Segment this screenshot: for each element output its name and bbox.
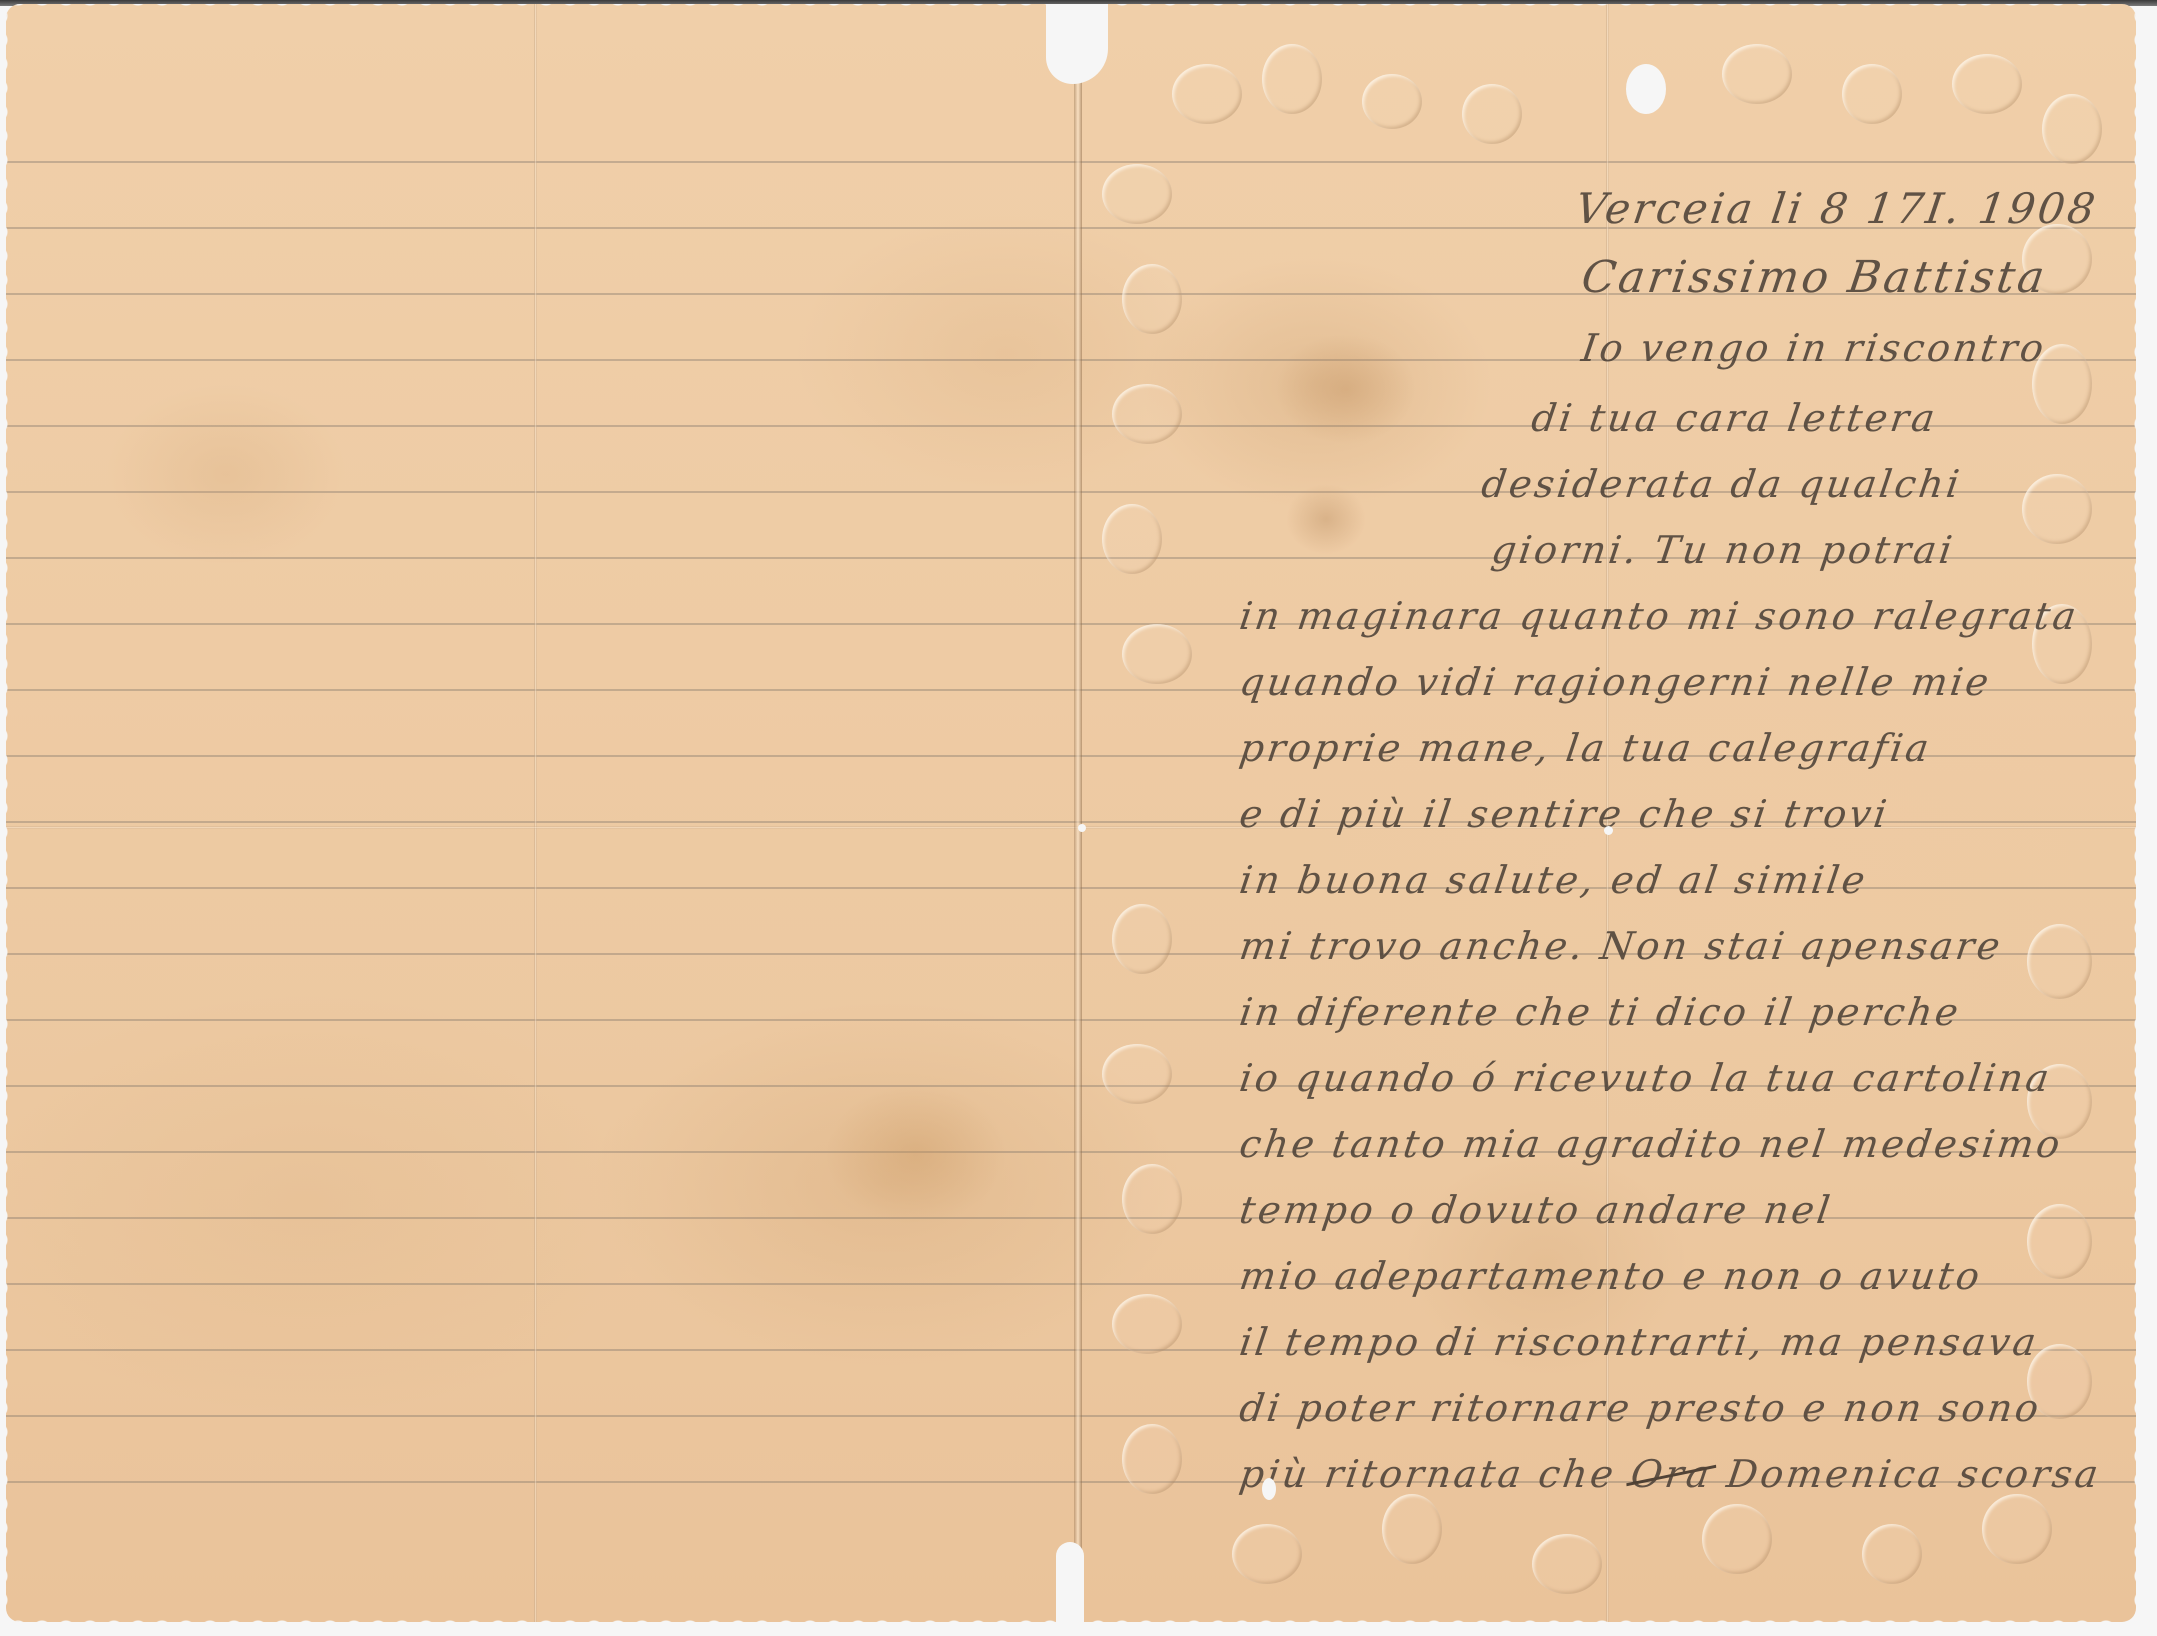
torn-notch-bottom <box>1056 1542 1084 1622</box>
scanned-letter: Verceia li 8 17I. 1908 Carissimo Battist… <box>0 0 2157 1636</box>
letter-line: quando vidi ragiongerni nelle mie <box>1237 660 1994 704</box>
scalloped-edge-right <box>2128 4 2136 1622</box>
letter-place-date: Verceia li 8 17I. 1908 <box>1573 184 2101 233</box>
letter-line: giorni. Tu non potrai <box>1489 528 1958 572</box>
letter-line: mio adepartamento e non o avuto <box>1237 1254 1985 1298</box>
pin-hole <box>1262 1478 1276 1500</box>
letter-line: in buona salute, ed al simile <box>1237 858 1871 902</box>
letter-line: di poter ritornare presto e non sono <box>1237 1386 2044 1430</box>
letter-line: in diferente che ti dico il perche <box>1237 990 1964 1034</box>
struck-word: Ora <box>1628 1452 1715 1496</box>
letter-sheet: Verceia li 8 17I. 1908 Carissimo Battist… <box>6 4 2136 1622</box>
letter-line: proprie mane, la tua calegrafia <box>1237 726 1935 770</box>
letter-line: mi trovo anche. Non stai apensare <box>1237 924 2006 968</box>
letter-line: il tempo di riscontrarti, ma pensava <box>1237 1320 2042 1364</box>
scalloped-edge-left <box>6 4 14 1622</box>
letter-line: che tanto mia agradito nel medesimo <box>1237 1122 2066 1166</box>
letter-line: di tua cara lettera <box>1529 396 1941 440</box>
letter-body: Verceia li 8 17I. 1908 Carissimo Battist… <box>1082 4 2136 1622</box>
letter-line: tempo o dovuto andare nel <box>1237 1188 1836 1232</box>
letter-last-line: più ritornata che Ora Domenica scorsa <box>1237 1452 2104 1496</box>
left-page-blank <box>6 4 1074 1622</box>
last-line-end: Domenica scorsa <box>1724 1452 2104 1496</box>
torn-hole-top <box>1626 64 1666 114</box>
letter-line: Io vengo in riscontro <box>1579 326 2049 370</box>
right-page-written: Verceia li 8 17I. 1908 Carissimo Battist… <box>1082 4 2136 1622</box>
letter-line: desiderata da qualchi <box>1479 462 1965 506</box>
letter-line: e di più il sentire che si trovi <box>1237 792 1892 836</box>
letter-line: in maginara quanto mi sono ralegrata <box>1237 594 2082 638</box>
center-fold <box>1074 4 1082 1622</box>
pin-hole <box>1604 826 1613 835</box>
letter-greeting: Carissimo Battista <box>1578 252 2050 303</box>
letter-line: io quando ó ricevuto la tua cartolina <box>1237 1056 2055 1100</box>
torn-notch-top <box>1046 4 1108 84</box>
pin-hole <box>1078 824 1086 832</box>
last-line-start: più ritornata che <box>1237 1452 1619 1496</box>
